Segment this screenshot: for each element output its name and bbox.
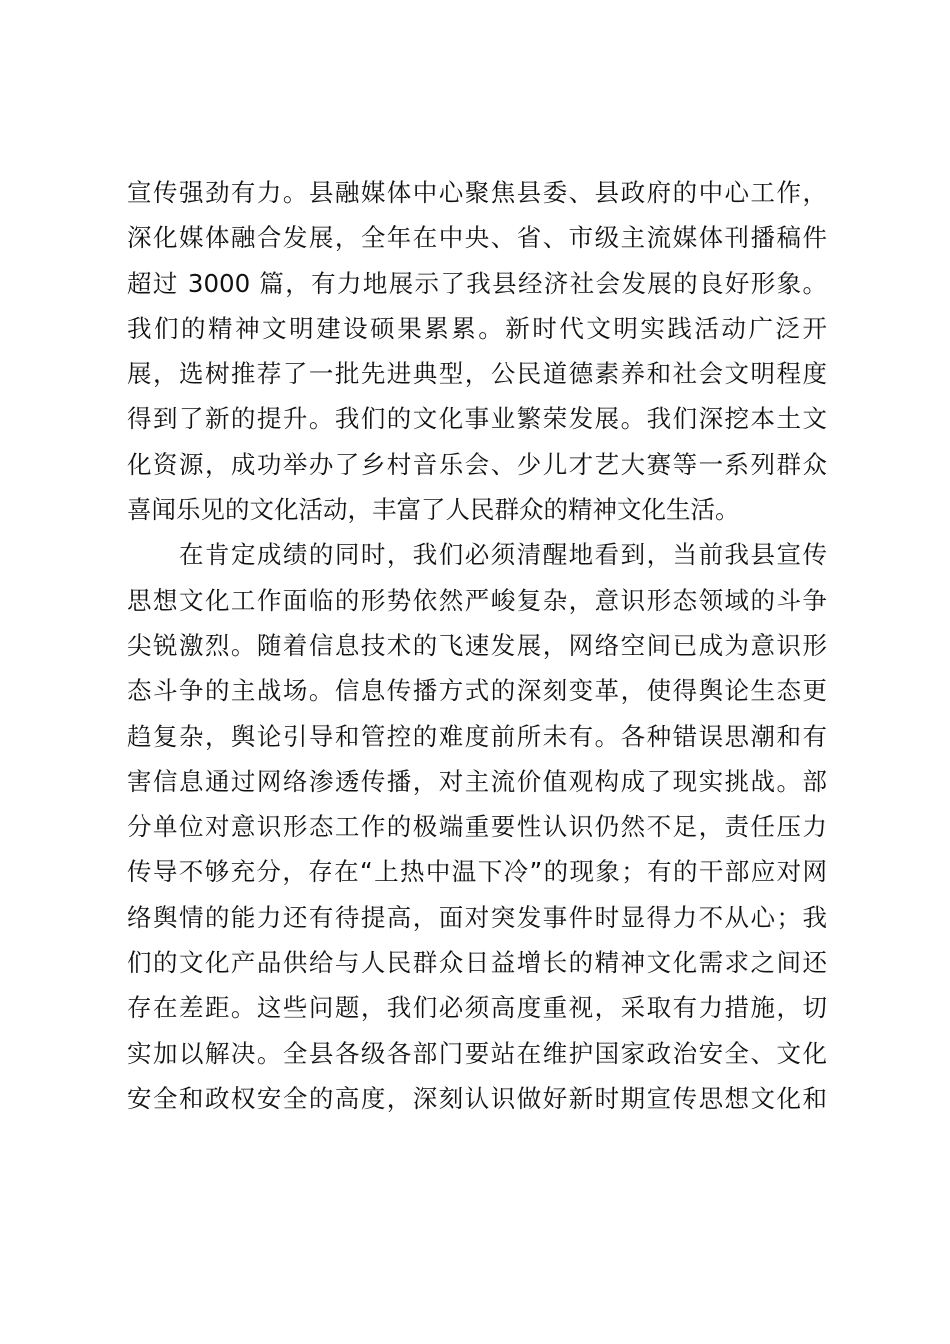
text-line: 超过 3000 篇，有力地展示了我县经济社会发展的良好形象。: [127, 261, 827, 306]
text-line: 传导不够充分，存在“上热中温下冷”的现象；有的干部应对网: [127, 849, 827, 894]
document-page: 宣传强劲有力。县融媒体中心聚焦县委、县政府的中心工作， 深化媒体融合发展，全年在…: [0, 0, 950, 1344]
text-line: 分单位对意识形态工作的极端重要性认识仍然不足，责任压力: [127, 804, 827, 849]
text-line: 在肯定成绩的同时，我们必须清醒地看到，当前我县宣传: [127, 532, 827, 577]
text-line: 喜闻乐见的文化活动，丰富了人民群众的精神文化生活。: [127, 487, 827, 532]
paragraph-achievements: 宣传强劲有力。县融媒体中心聚焦县委、县政府的中心工作， 深化媒体融合发展，全年在…: [127, 170, 827, 532]
text-line: 实加以解决。全县各级各部门要站在维护国家政治安全、文化: [127, 1031, 827, 1076]
text-line: 宣传强劲有力。县融媒体中心聚焦县委、县政府的中心工作，: [127, 170, 827, 215]
text-line: 们的文化产品供给与人民群众日益增长的精神文化需求之间还: [127, 940, 827, 985]
paragraph-challenges: 在肯定成绩的同时，我们必须清醒地看到，当前我县宣传 思想文化工作面临的形势依然严…: [127, 532, 827, 1121]
text-line: 趋复杂，舆论引导和管控的难度前所未有。各种错误思潮和有: [127, 714, 827, 759]
text-line: 我们的精神文明建设硕果累累。新时代文明实践活动广泛开: [127, 306, 827, 351]
text-line: 深化媒体融合发展，全年在中央、省、市级主流媒体刊播稿件: [127, 215, 827, 260]
text-line: 存在差距。这些问题，我们必须高度重视，采取有力措施，切: [127, 985, 827, 1030]
text-line: 展，选树推荐了一批先进典型，公民道德素养和社会文明程度: [127, 351, 827, 396]
text-line: 络舆情的能力还有待提高，面对突发事件时显得力不从心；我: [127, 895, 827, 940]
text-line: 尖锐激烈。随着信息技术的飞速发展，网络空间已成为意识形: [127, 623, 827, 668]
text-line: 害信息通过网络渗透传播，对主流价值观构成了现实挑战。部: [127, 759, 827, 804]
text-line: 化资源，成功举办了乡村音乐会、少儿才艺大赛等一系列群众: [127, 442, 827, 487]
text-line: 态斗争的主战场。信息传播方式的深刻变革，使得舆论生态更: [127, 668, 827, 713]
text-line: 得到了新的提升。我们的文化事业繁荣发展。我们深挖本土文: [127, 396, 827, 441]
body-text: 宣传强劲有力。县融媒体中心聚焦县委、县政府的中心工作， 深化媒体融合发展，全年在…: [127, 170, 827, 1121]
text-line: 安全和政权安全的高度，深刻认识做好新时期宣传思想文化和: [127, 1076, 827, 1121]
text-line: 思想文化工作面临的形势依然严峻复杂，意识形态领域的斗争: [127, 578, 827, 623]
